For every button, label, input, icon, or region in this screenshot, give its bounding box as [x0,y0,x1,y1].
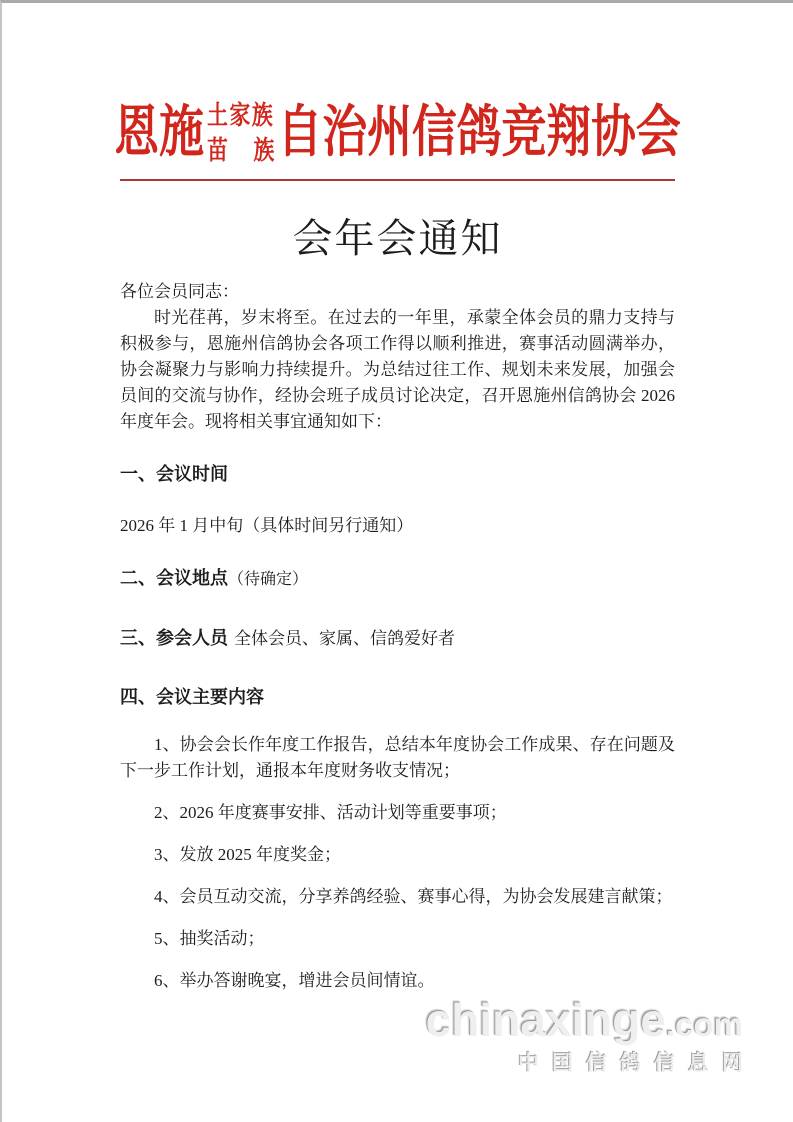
org-ethnic-bottom: 苗 族 [207,138,274,164]
agenda-item-3: 3、发放 2025 年度奖金； [120,842,675,868]
salutation: 各位会员同志： [120,279,675,305]
watermark-tld-text: .com [666,1006,743,1043]
document-page: 恩施 土家族 苗 族 自治州信鸽竞翔协会 会年会通知 各位会员同志： 时光荏苒，… [0,0,793,1122]
section-note-meeting-place: （待确定） [228,571,308,588]
section-heading-attendees-label: 三、参会人员 [120,628,228,648]
org-ethnic-stack: 土家族 苗 族 [207,103,274,164]
section-heading-meeting-place: 二、会议地点（待确定） [120,565,675,593]
agenda-item-6: 6、举办答谢晚宴，增进会员间情谊。 [120,968,675,994]
site-watermark: chinaxinge.com 中国信鸽信息网 [426,997,743,1077]
org-ethnic-bottom-right: 族 [254,138,275,164]
section-inline-attendees: 全体会员、家属、信鸽爱好者 [234,629,455,648]
watermark-logo: chinaxinge.com [426,997,743,1043]
watermark-caption: 中国信鸽信息网 [426,1047,756,1077]
document-content: 恩施 土家族 苗 族 自治州信鸽竞翔协会 会年会通知 各位会员同志： 时光荏苒，… [2,103,793,994]
org-letterhead: 恩施 土家族 苗 族 自治州信鸽竞翔协会 [120,103,675,181]
agenda-item-2: 2、2026 年度赛事安排、活动计划等重要事项； [120,800,675,826]
agenda-item-5: 5、抽奖活动； [120,926,675,952]
section-body-meeting-time: 2026 年 1 月中旬（具体时间另行通知） [120,513,675,539]
section-heading-meeting-time: 一、会议时间 [120,461,675,487]
agenda-item-4: 4、会员互动交流，分享养鸽经验、赛事心得，为协会发展建言献策； [120,884,675,910]
section-heading-meeting-place-label: 二、会议地点 [120,568,228,588]
org-name-line: 恩施 土家族 苗 族 自治州信鸽竞翔协会 [176,103,620,164]
org-name-prefix: 恩施 [114,104,204,163]
org-name-suffix: 自治州信鸽竞翔协会 [278,104,681,163]
org-ethnic-bottom-left: 苗 [207,138,228,164]
section-heading-agenda: 四、会议主要内容 [120,684,675,710]
agenda-item-1: 1、协会会长作年度工作报告，总结本年度协会工作成果、存在问题及下一步工作计划，通… [120,732,675,784]
watermark-brand-text: chinaxinge [426,994,666,1046]
letterhead-divider [120,179,675,181]
document-title: 会年会通知 [120,215,675,263]
org-ethnic-top: 土家族 [207,103,274,129]
intro-paragraph: 时光荏苒，岁末将至。在过去的一年里，承蒙全体会员的鼎力支持与积极参与，恩施州信鸽… [120,305,675,435]
section-heading-attendees: 三、参会人员全体会员、家属、信鸽爱好者 [120,625,675,652]
